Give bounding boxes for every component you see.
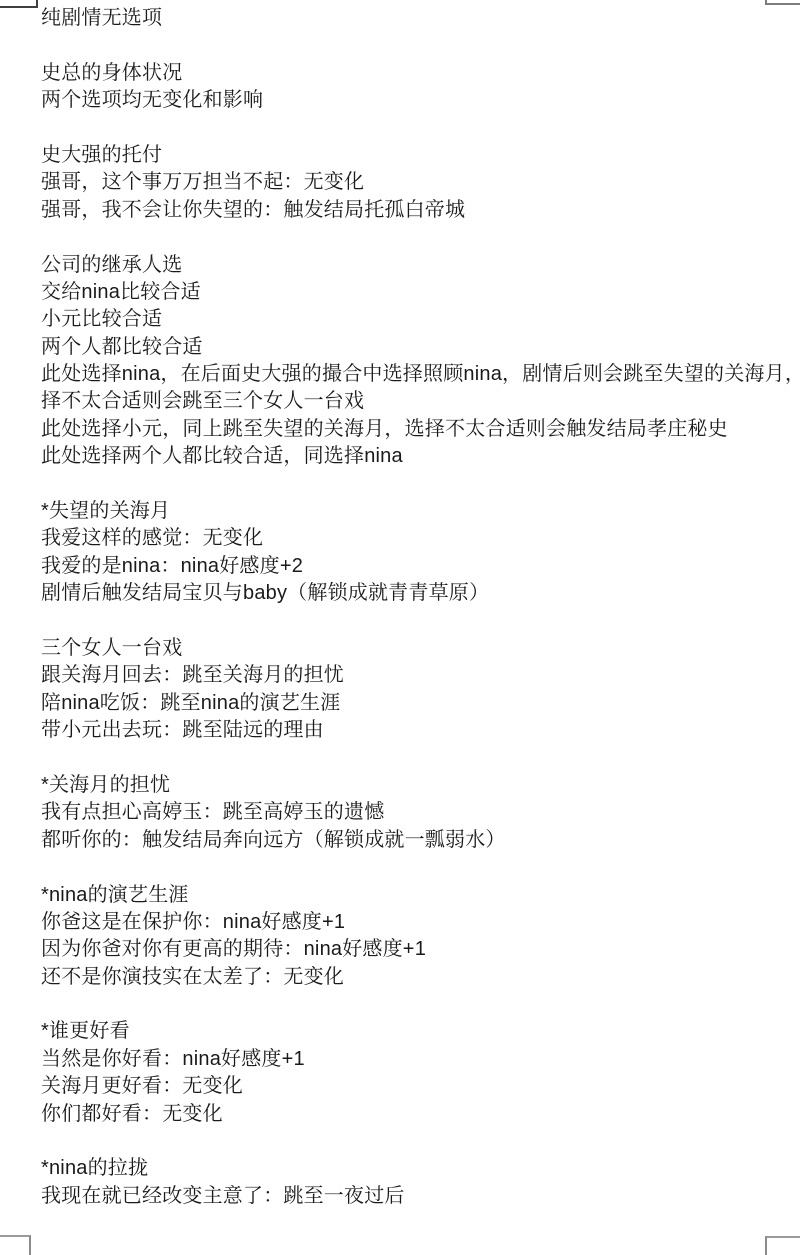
text-line: 都听你的：触发结局奔向远方（解锁成就一瓢弱水） [41,827,800,854]
text-line: 此处选择小元，同上跳至失望的关海月，选择不太合适则会触发结局孝庄秘史 [41,416,800,443]
cropped-box-corner-bottom-right [765,1236,800,1255]
text-line: 我爱这样的感觉：无变化 [41,525,800,552]
document-body: 纯剧情无选项史总的身体状况两个选项均无变化和影响史大强的托付强哥，这个事万万担当… [41,5,800,1238]
text-line: 交给nina比较合适 [41,279,800,306]
text-line: 当然是你好看：nina好感度+1 [41,1046,800,1073]
section-title-line: *谁更好看 [41,1018,800,1045]
text-line: 小元比较合适 [41,306,800,333]
cropped-box-corner-top-left [0,0,38,8]
section: *关海月的担忧我有点担心高婷玉：跳至高婷玉的遗憾都听你的：触发结局奔向远方（解锁… [41,772,800,854]
text-line: 我现在就已经改变主意了：跳至一夜过后 [41,1183,800,1210]
text-line: 因为你爸对你有更高的期待：nina好感度+1 [41,936,800,963]
section-title-line: 三个女人一台戏 [41,635,800,662]
section-title-line: *关海月的担忧 [41,772,800,799]
text-line: 还不是你演技实在太差了：无变化 [41,964,800,991]
section: *谁更好看当然是你好看：nina好感度+1关海月更好看：无变化你们都好看：无变化 [41,1018,800,1128]
cropped-box-corner-bottom-left [0,1235,31,1255]
section: 公司的继承人选交给nina比较合适小元比较合适两个人都比较合适此处选择nina，… [41,252,800,471]
section: 纯剧情无选项 [41,5,800,32]
section-title-line: *nina的演艺生涯 [41,882,800,909]
section-title-line: *nina的拉拢 [41,1155,800,1182]
section-title-line: 纯剧情无选项 [41,5,800,32]
text-line: 我有点担心高婷玉：跳至高婷玉的遗憾 [41,799,800,826]
section-title-line: 史总的身体状况 [41,60,800,87]
text-line: 跟关海月回去：跳至关海月的担忧 [41,662,800,689]
text-line: 陪nina吃饭：跳至nina的演艺生涯 [41,690,800,717]
text-line: 强哥，这个事万万担当不起：无变化 [41,169,800,196]
section: 三个女人一台戏跟关海月回去：跳至关海月的担忧陪nina吃饭：跳至nina的演艺生… [41,635,800,745]
section: 史总的身体状况两个选项均无变化和影响 [41,60,800,115]
section: 史大强的托付强哥，这个事万万担当不起：无变化强哥，我不会让你失望的：触发结局托孤… [41,142,800,224]
section: *失望的关海月我爱这样的感觉：无变化我爱的是nina：nina好感度+2剧情后触… [41,498,800,608]
text-line: 两个选项均无变化和影响 [41,87,800,114]
section-title-line: *失望的关海月 [41,498,800,525]
section: *nina的演艺生涯你爸这是在保护你：nina好感度+1因为你爸对你有更高的期待… [41,882,800,992]
text-line: 你爸这是在保护你：nina好感度+1 [41,909,800,936]
text-line: 你们都好看：无变化 [41,1101,800,1128]
text-line: 两个人都比较合适 [41,334,800,361]
text-line: 关海月更好看：无变化 [41,1073,800,1100]
section-title-line: 公司的继承人选 [41,252,800,279]
text-line: 强哥，我不会让你失望的：触发结局托孤白帝城 [41,197,800,224]
text-line: 剧情后触发结局宝贝与baby（解锁成就青青草原） [41,580,800,607]
text-line: 此处选择nina，在后面史大强的撮合中选择照顾nina，剧情后则会跳至失望的关海… [41,361,800,388]
text-line: 我爱的是nina：nina好感度+2 [41,553,800,580]
section-title-line: 史大强的托付 [41,142,800,169]
text-line: 择不太合适则会跳至三个女人一台戏 [41,388,800,415]
text-line: 此处选择两个人都比较合适，同选择nina [41,443,800,470]
section: *nina的拉拢我现在就已经改变主意了：跳至一夜过后 [41,1155,800,1210]
text-line: 带小元出去玩：跳至陆远的理由 [41,717,800,744]
